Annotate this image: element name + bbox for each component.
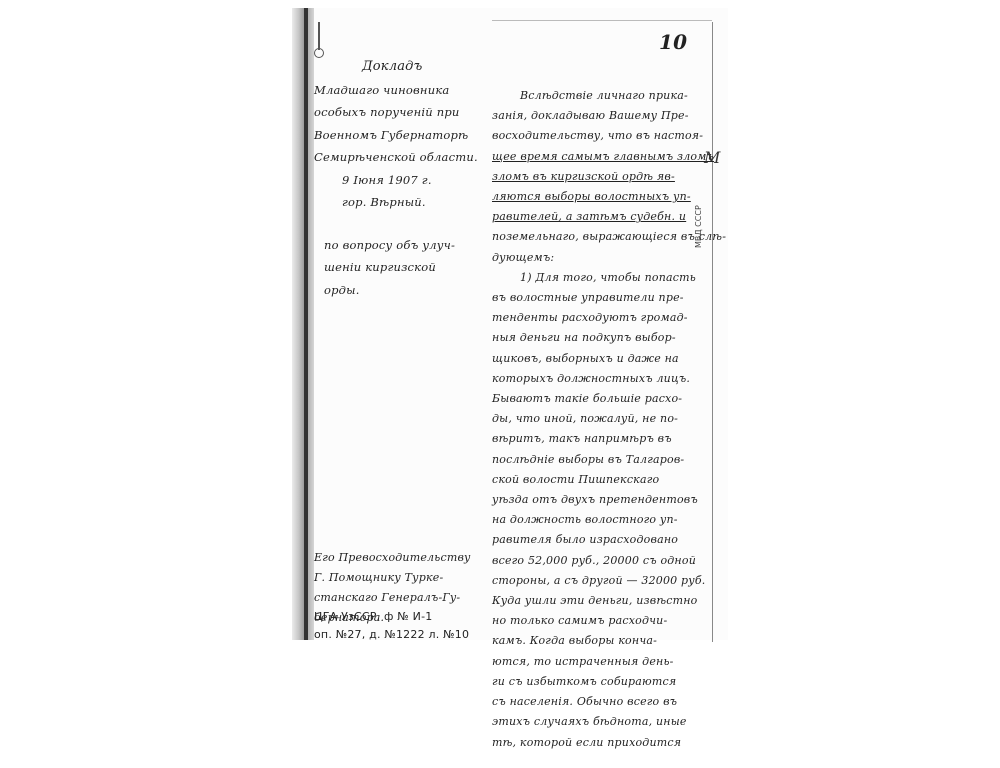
body-line: этихъ случаяхъ бѣднота, иные [492,712,707,732]
body-line: Куда ушли эти деньги, извѣстно [492,591,707,611]
body-line: 1) Для того, чтобы попасть [492,268,707,288]
archive-ref-line: оп. №27, д. №1222 л. №10 [314,626,469,644]
author-line: Младшаго чиновника [314,79,484,102]
author-line: Семирѣченской области. [314,146,484,169]
body-line: восходительству, что въ настоя- [492,126,707,146]
body-line: въ волостные управители пре- [492,288,707,308]
body-line: тѣ, которой если приходится [492,733,707,753]
subject-line: орды. [314,279,484,302]
archive-ref-line: ЦГА УзССР, ф № И-1 [314,608,469,626]
body-line: стороны, а съ другой — 32000 руб. [492,571,707,591]
document-title: Докладъ [314,56,484,79]
body-line: тенденты расходуютъ громад- [492,308,707,328]
document-date: 9 Іюня 1907 г. [314,169,484,192]
addressee-line: Его Превосходительству [314,548,471,568]
document-place: гор. Вѣрный. [314,191,484,214]
body-line: дующемъ: [492,248,707,268]
body-line: съ населенія. Обычно всего въ [492,692,707,712]
thread-hook-mark [318,22,320,50]
body-line: камъ. Когда выборы конча- [492,631,707,651]
author-line: особыхъ порученій при [314,101,484,124]
body-line-underlined: зломъ въ киргизской ордѣ яв- [492,167,707,187]
left-column-heading: Докладъ Младшаго чиновника особыхъ поруч… [314,56,484,301]
addressee-line: Г. Помощнику Турке- [314,568,471,588]
body-line: щиковъ, выборныхъ и даже на [492,349,707,369]
archive-reference: ЦГА УзССР, ф № И-1 оп. №27, д. №1222 л. … [314,608,469,644]
body-line-underlined: равителей, а затѣмъ судебн. и [492,207,707,227]
archive-stamp: МВД СССР [694,205,703,248]
scan-binding-shadow [292,8,314,640]
body-line-underlined: щее время самымъ главнымъ зломъ [492,147,707,167]
subject-line: по вопросу объ улуч- [314,234,484,257]
body-line: ской волости Пишпекскаго [492,470,707,490]
scanned-document-page: 10 Докладъ Младшаго чиновника особыхъ по… [292,8,728,640]
body-line: занія, докладываю Вашему Пре- [492,106,707,126]
report-body: Вслѣдствіе личнаго прика- занія, доклады… [492,86,707,753]
body-line: но только самимъ расходчи- [492,611,707,631]
body-line: послѣдніе выборы въ Талгаров- [492,450,707,470]
right-margin-line [712,22,713,642]
body-line: вѣритъ, такъ напримѣръ въ [492,429,707,449]
body-line-underlined: ляются выборы волостныхъ уп- [492,187,707,207]
folio-number: 10 [659,30,687,54]
binding-strip [304,8,308,640]
body-line: на должность волостного уп- [492,510,707,530]
body-line: уѣзда отъ двухъ претендентовъ [492,490,707,510]
body-line: ги съ избыткомъ собираются [492,672,707,692]
body-line: всего 52,000 руб., 20000 съ одной [492,551,707,571]
body-line: ются, то истраченныя день- [492,652,707,672]
top-rule-line [492,20,712,21]
body-line: Бываютъ такіе большіе расхо- [492,389,707,409]
margin-mark: М [704,148,721,167]
body-line: поземельнаго, выражающіеся въ слѣ- [492,227,707,247]
subject-line: шеніи киргизской [314,256,484,279]
body-line: которыхъ должностныхъ лицъ. [492,369,707,389]
body-line: ды, что иной, пожалуй, не по- [492,409,707,429]
author-line: Военномъ Губернаторѣ [314,124,484,147]
body-line: равителя было израсходовано [492,530,707,550]
body-line: Вслѣдствіе личнаго прика- [492,86,707,106]
body-line: ныя деньги на подкупъ выбор- [492,328,707,348]
addressee-line: станскаго Генералъ-Гу- [314,588,471,608]
